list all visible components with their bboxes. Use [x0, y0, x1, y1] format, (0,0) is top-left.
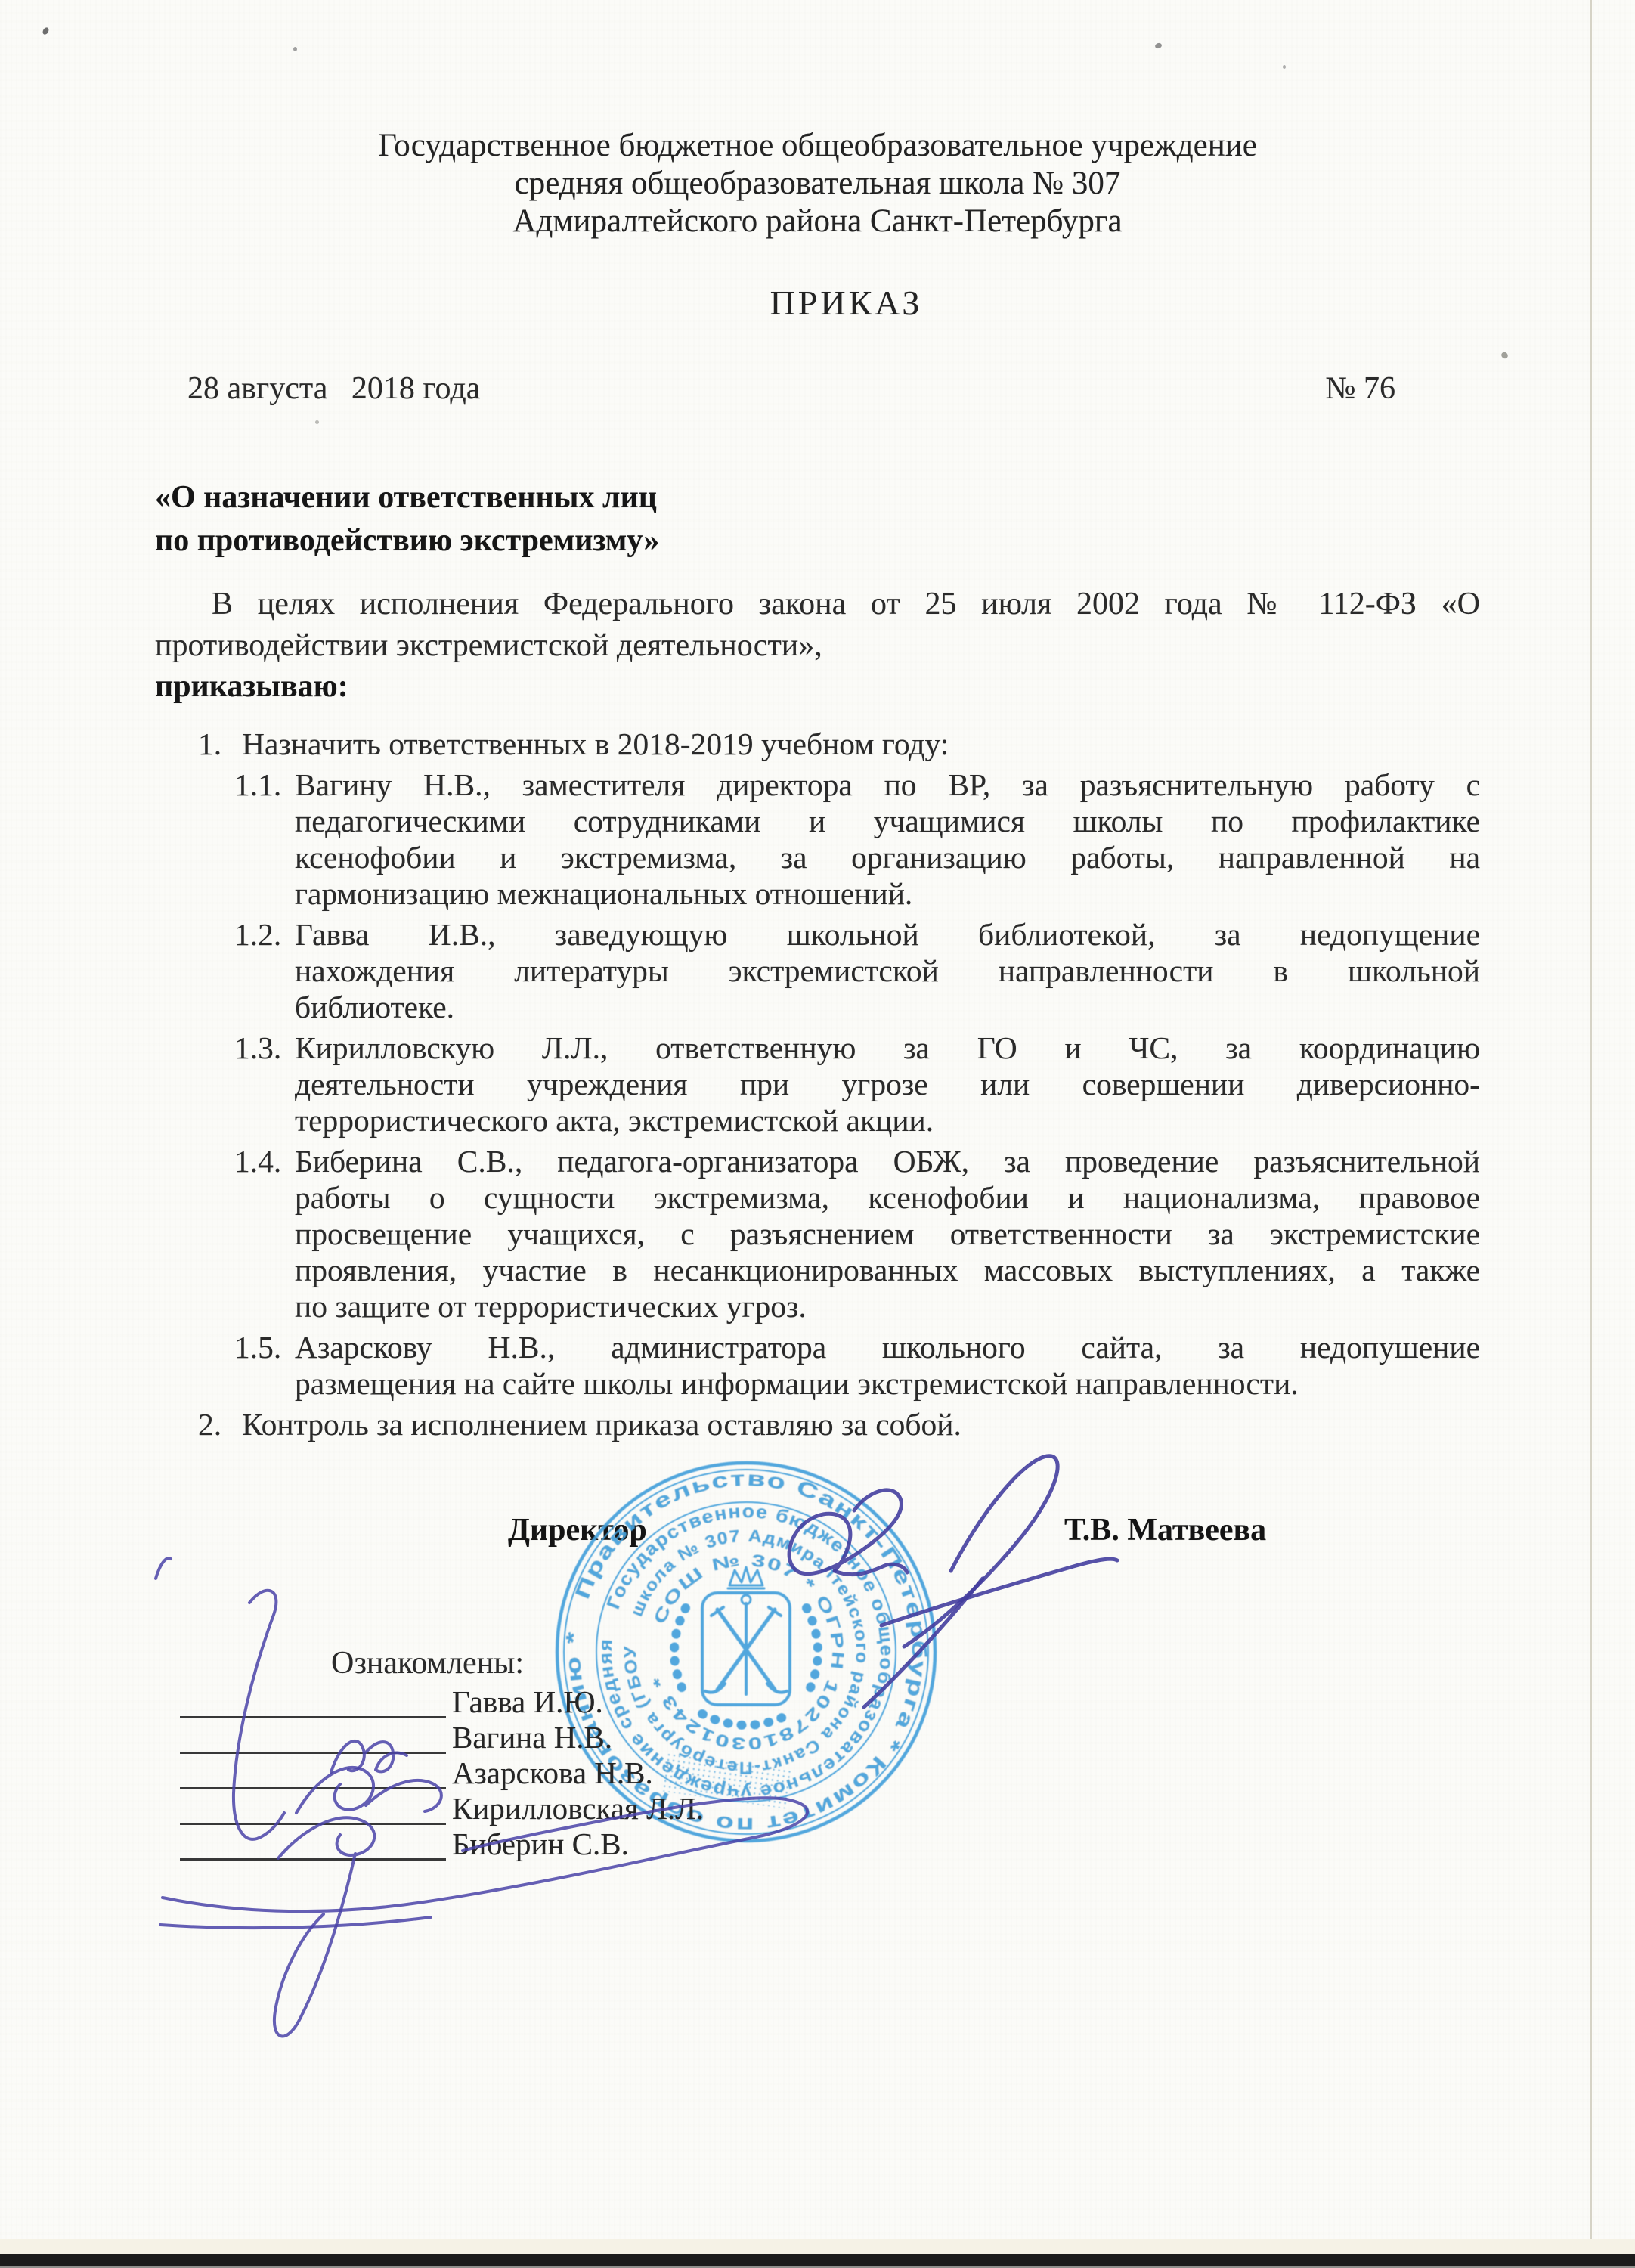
subitem-line: просвещение учащихся, с разъяснением отв… [295, 1216, 1480, 1252]
subitem-line: работы о сущности экстремизма, ксенофоби… [295, 1179, 1480, 1216]
order-body: 1. Назначить ответственных в 2018-2019 у… [155, 726, 1480, 1442]
subitem-text: Биберина С.В., педагога-организатора ОБЖ… [295, 1143, 1480, 1325]
subitem-line: библиотеке. [295, 989, 1480, 1025]
subitem-line: Биберина С.В., педагога-организатора ОБЖ… [295, 1143, 1480, 1179]
order-subject-line2: по противодействию экстремизму» [155, 519, 659, 562]
org-name-line1: Государственное бюджетное общеобразовате… [0, 127, 1635, 165]
scanned-order-page: Государственное бюджетное общеобразовате… [0, 0, 1635, 2268]
scan-speck [1500, 351, 1509, 360]
document-date: 28 августа 2018 года [155, 370, 480, 407]
subitem-line: по защите от террористических угроз. [295, 1288, 1480, 1325]
subitem-line: педагогическими сотрудниками и учащимися… [295, 803, 1480, 839]
subitem-line: проявления, участие в несанкционированны… [295, 1252, 1480, 1288]
order-item-1: 1. Назначить ответственных в 2018-2019 у… [155, 726, 1480, 762]
org-header: Государственное бюджетное общеобразовате… [0, 127, 1635, 240]
subitem-line: Кирилловскую Л.Л., ответственную за ГО и… [295, 1030, 1480, 1066]
scan-speck [1283, 65, 1286, 69]
subitem-line: Вагину Н.В., заместителя директора по ВР… [295, 767, 1480, 803]
scan-speck [315, 420, 319, 424]
decree-word: приказываю: [155, 668, 348, 705]
subitem-text: Азарскову Н.В., администратора школьного… [295, 1329, 1480, 1402]
order-subitem-1-4: 1.4. Биберина С.В., педагога-организатор… [155, 1143, 1480, 1325]
subitem-line: Гавва И.В., заведующую школьной библиоте… [295, 916, 1480, 953]
subitem-line: террористического акта, экстремистской а… [295, 1102, 1480, 1139]
preamble-line1: В целях исполнения Федерального закона о… [155, 584, 1480, 625]
preamble-line2: противодействии экстремистской деятельно… [155, 625, 1480, 667]
subitem-line: гармонизацию межнациональных отношений. [295, 875, 1480, 912]
subitem-line: ксенофобии и экстремизма, за организацию… [295, 839, 1480, 875]
order-subitem-1-2: 1.2. Гавва И.В., заведующую школьной биб… [155, 916, 1480, 1025]
order-subject-line1: «О назначении ответственных лиц [155, 476, 659, 519]
item-number: 2. [198, 1406, 242, 1442]
scan-bottom-strip [0, 2239, 1635, 2254]
scan-speck [1154, 42, 1163, 50]
subitem-text: Гавва И.В., заведующую школьной библиоте… [295, 916, 1480, 1025]
item-text: Назначить ответственных в 2018-2019 учеб… [242, 726, 1480, 762]
order-subject: «О назначении ответственных лиц по проти… [155, 476, 659, 562]
subitem-line: Азарскову Н.В., администратора школьного… [295, 1329, 1480, 1365]
order-subitem-1-3: 1.3. Кирилловскую Л.Л., ответственную за… [155, 1030, 1480, 1139]
subitem-text: Вагину Н.В., заместителя директора по ВР… [295, 767, 1480, 912]
subitem-text: Кирилловскую Л.Л., ответственную за ГО и… [295, 1030, 1480, 1139]
org-name-line3: Адмиралтейского района Санкт-Петербурга [0, 203, 1635, 240]
order-subitem-1-1: 1.1. Вагину Н.В., заместителя директора … [155, 767, 1480, 912]
document-type-title: ПРИКАЗ [29, 283, 1635, 323]
org-name-line2: средняя общеобразовательная школа № 307 [0, 165, 1635, 203]
scan-speck [42, 26, 50, 36]
scan-bottom-bar [0, 2254, 1635, 2266]
subitem-number: 1.2. [234, 916, 295, 953]
paper-edge-line [1590, 0, 1592, 2268]
subitem-line: нахождения литературы экстремистской нап… [295, 953, 1480, 989]
subitem-number: 1.5. [234, 1329, 295, 1365]
scan-speck [293, 47, 297, 51]
subitem-number: 1.4. [234, 1143, 295, 1179]
preamble: В целях исполнения Федерального закона о… [155, 584, 1480, 667]
acknowledgement-signatures [76, 1550, 907, 2079]
subitem-number: 1.1. [234, 767, 295, 803]
order-subitem-1-5: 1.5. Азарскову Н.В., администратора школ… [155, 1329, 1480, 1402]
item-number: 1. [198, 726, 242, 762]
subitem-line: деятельности учреждения при угрозе или с… [295, 1066, 1480, 1102]
date-number-row: 28 августа 2018 года № 76 [155, 370, 1480, 407]
subitem-number: 1.3. [234, 1030, 295, 1066]
document-number: № 76 [1325, 370, 1480, 407]
subitem-line: размещения на сайте школы информации экс… [295, 1365, 1480, 1402]
